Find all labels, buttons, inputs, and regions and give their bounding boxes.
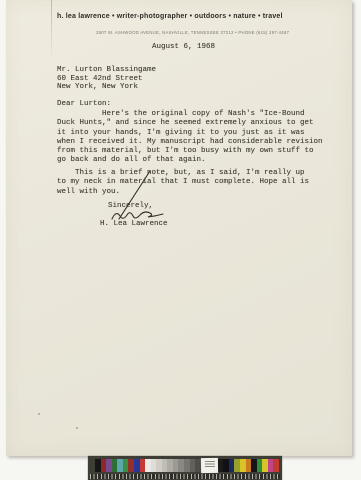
colorbar-ruler-marks <box>90 474 280 479</box>
color-patch <box>273 459 279 472</box>
paper-speck <box>76 427 78 429</box>
colorbar-patches <box>95 459 279 472</box>
paper-crease <box>51 0 52 56</box>
color-calibration-bar <box>88 456 282 480</box>
body-paragraph-1: Here's the original copy of Nash's "Ice-… <box>57 110 323 166</box>
typed-signature-name: H. Lea Lawrence <box>100 220 168 229</box>
color-patch <box>195 459 201 472</box>
letter-date: August 6, 1968 <box>152 43 215 52</box>
handwritten-signature <box>88 163 178 228</box>
letterhead-name-line: h. lea lawrence • writer-photographer • … <box>57 13 283 20</box>
scanned-letter-page: h. lea lawrence • writer-photographer • … <box>0 0 361 480</box>
recipient-address-block: Mr. Lurton Blassingame 60 East 42nd Stre… <box>57 66 156 92</box>
colorbar-label-patch <box>201 458 218 473</box>
paper-speck <box>38 413 40 415</box>
salutation: Dear Lurton: <box>57 100 111 109</box>
letterhead-address-line: 2507 W. ASHWOOD AVENUE, NASHVILLE, TENNE… <box>96 30 289 35</box>
